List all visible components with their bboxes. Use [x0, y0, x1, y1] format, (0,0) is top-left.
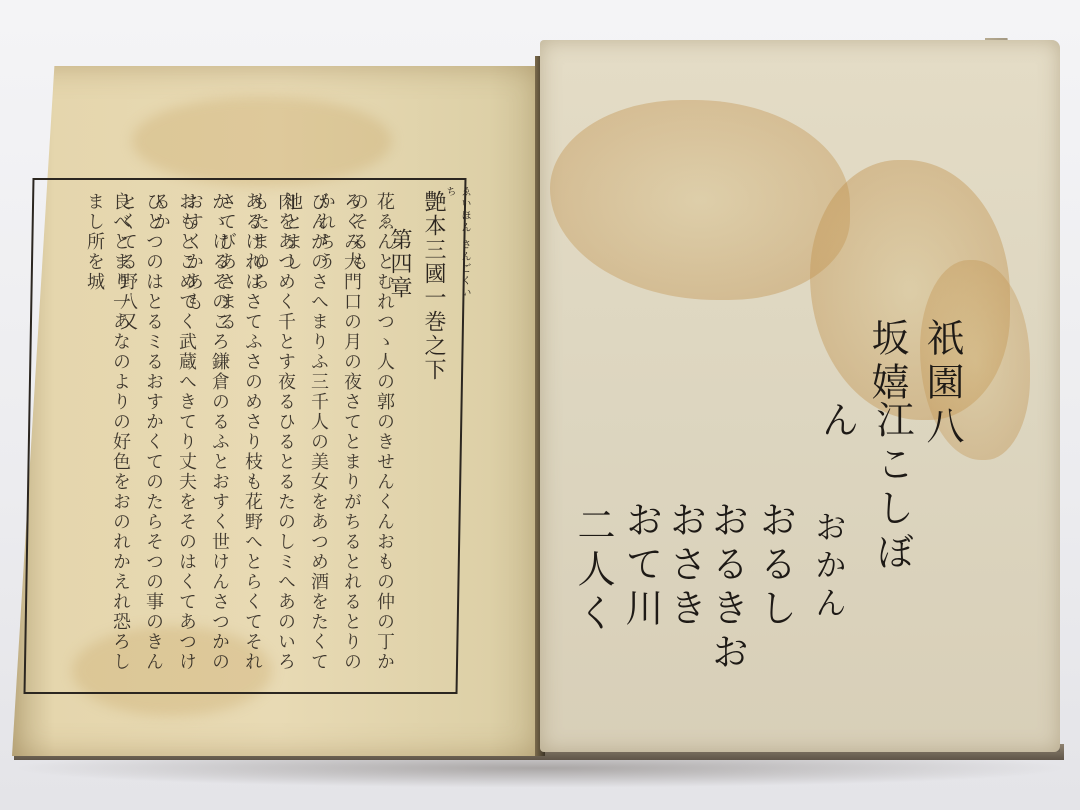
handwritten-column: おて川	[614, 500, 669, 670]
title-furigana: ゑいほん さんごくいち	[442, 186, 472, 306]
open-book: 艶本三國一巻之下 ゑいほん さんごくいち 第四章 花ゑんとむれつゝ人の郭のきせん…	[0, 0, 1080, 810]
body-column: 良べとまり一あなのよりの好色をおのれかえれ恐ろしまし所を城	[81, 192, 133, 682]
water-stain	[132, 96, 392, 186]
water-stain	[550, 100, 850, 300]
handwritten-column: おかん	[806, 510, 852, 650]
handwritten-column: おるし	[748, 500, 803, 660]
handwritten-column: 二人く	[566, 505, 621, 685]
